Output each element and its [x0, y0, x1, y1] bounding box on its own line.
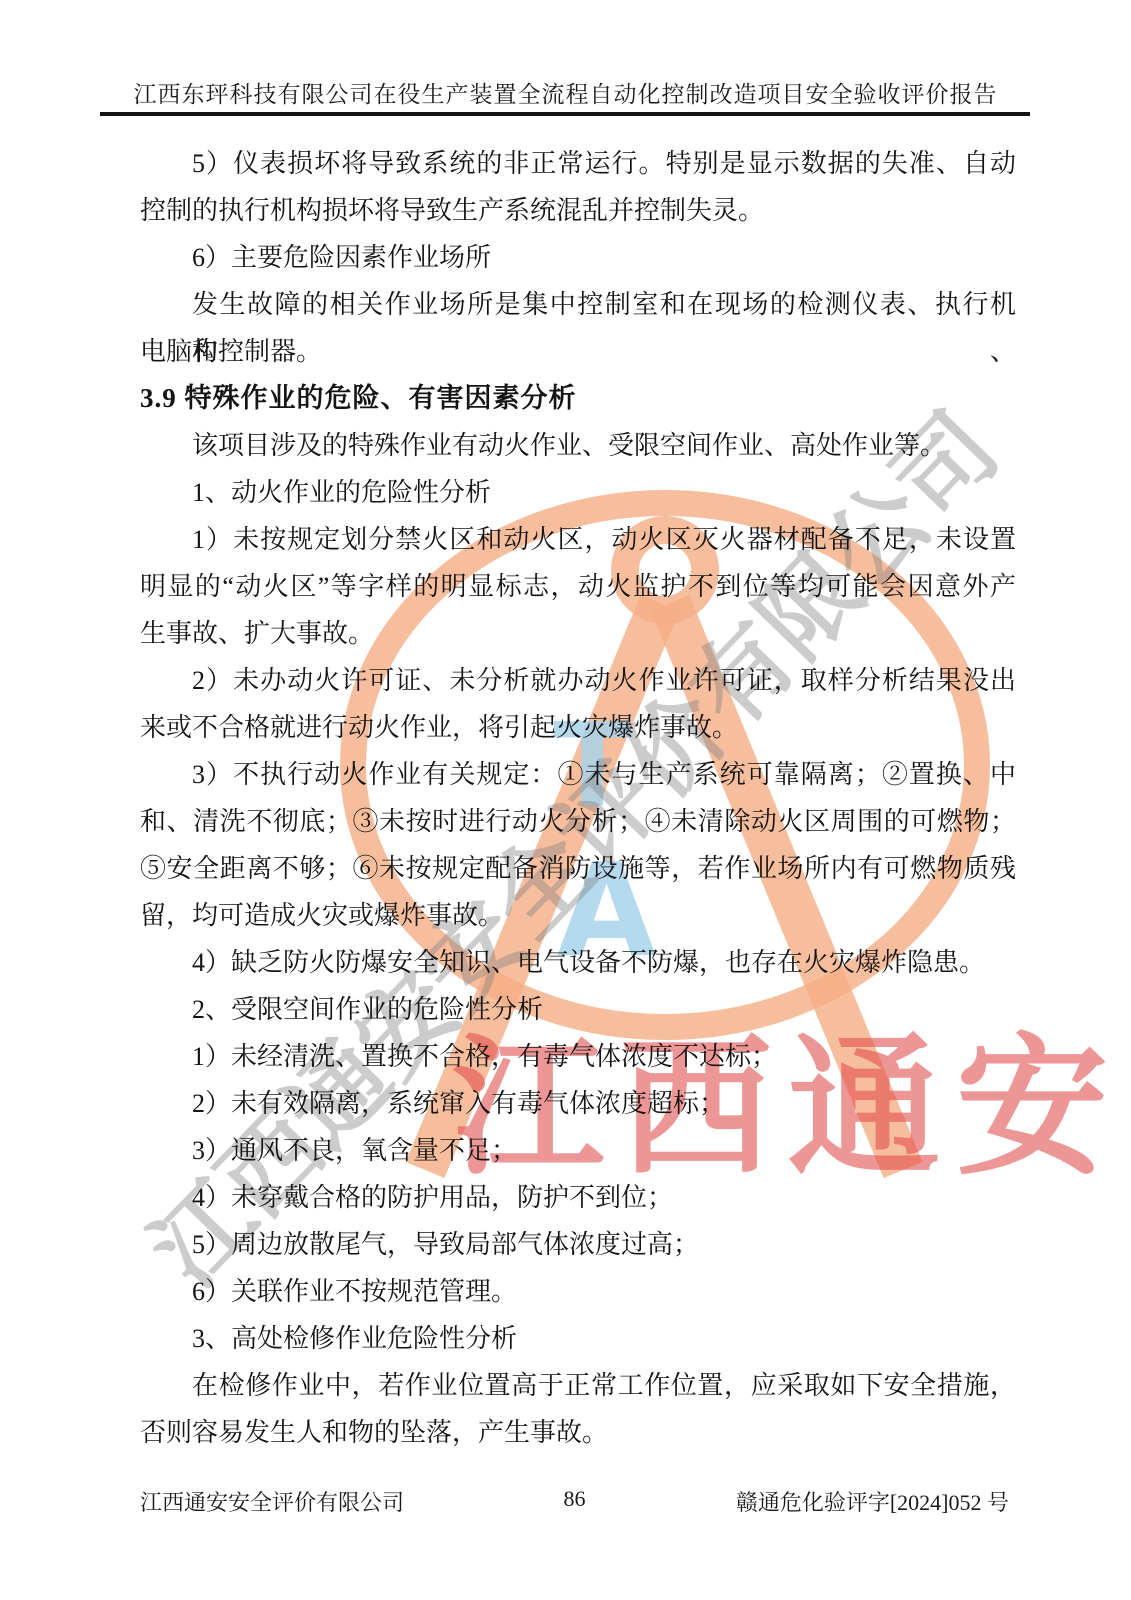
- body-line: 4）缺乏防火防爆安全知识、电气设备不防爆，也存在火灾爆炸隐患。: [140, 939, 1016, 986]
- body-line: 留，均可造成火灾或爆炸事故。: [140, 892, 1016, 939]
- body-line: ⑤安全距离不够；⑥未按规定配备消防设施等，若作业场所内有可燃物质残: [140, 845, 1016, 892]
- body-line: 在检修作业中，若作业位置高于正常工作位置，应采取如下安全措施，: [140, 1362, 1016, 1409]
- body-line: 1）未经清洗、置换不合格，有毒气体浓度不达标；: [140, 1033, 1016, 1080]
- body-line: 明显的“动火区”等字样的明显标志，动火监护不到位等均可能会因意外产: [140, 563, 1016, 610]
- body-line: 4）未穿戴合格的防护用品，防护不到位；: [140, 1174, 1016, 1221]
- body-line: 3）通风不良，氧含量不足；: [140, 1127, 1016, 1174]
- body-line: 1、动火作业的危险性分析: [140, 469, 1016, 516]
- body-text: 5）仪表损坏将导致系统的非正常运行。特别是显示数据的失准、自动控制的执行机构损坏…: [140, 140, 1016, 1456]
- footer-doc-number: 赣通危化验评字[2024]052 号: [736, 1486, 1009, 1517]
- section-heading: 3.9 特殊作业的危险、有害因素分析: [140, 375, 1016, 422]
- page-header-title: 江西东玶科技有限公司在役生产装置全流程自动化控制改造项目安全验收评价报告: [0, 76, 1131, 109]
- document-page: T A 江西通安安全评价有限公司 江西通安 江西东玶科技有限公司在役生产装置全流…: [0, 0, 1131, 1600]
- body-line: 2）未办动火许可证、未分析就办动火作业许可证，取样分析结果没出: [140, 657, 1016, 704]
- body-line: 否则容易发生人和物的坠落，产生事故。: [140, 1409, 1016, 1456]
- body-line: 1）未按规定划分禁火区和动火区，动火区灭火器材配备不足，未设置: [140, 516, 1016, 563]
- body-line: 发生故障的相关作业场所是集中控制室和在现场的检测仪表、执行机构、: [140, 281, 1016, 328]
- body-line: 5）周边放散尾气，导致局部气体浓度过高；: [140, 1221, 1016, 1268]
- body-line: 6）关联作业不按规范管理。: [140, 1268, 1016, 1315]
- body-line: 3、高处检修作业危险性分析: [140, 1315, 1016, 1362]
- body-line: 该项目涉及的特殊作业有动火作业、受限空间作业、高处作业等。: [140, 422, 1016, 469]
- body-line: 来或不合格就进行动火作业，将引起火灾爆炸事故。: [140, 704, 1016, 751]
- body-line: 控制的执行机构损坏将导致生产系统混乱并控制失灵。: [140, 187, 1016, 234]
- body-line: 2）未有效隔离，系统窜入有毒气体浓度超标；: [140, 1080, 1016, 1127]
- page-footer: 江西通安安全评价有限公司 86 赣通危化验评字[2024]052 号: [140, 1486, 1009, 1516]
- body-line: 生事故、扩大事故。: [140, 610, 1016, 657]
- body-line: 6）主要危险因素作业场所: [140, 234, 1016, 281]
- header-rule: [100, 112, 1030, 116]
- body-line: 3）不执行动火作业有关规定：①未与生产系统可靠隔离；②置换、中: [140, 751, 1016, 798]
- body-line: 和、清洗不彻底；③未按时进行动火分析；④未清除动火区周围的可燃物；: [140, 798, 1016, 845]
- body-line: 2、受限空间作业的危险性分析: [140, 986, 1016, 1033]
- body-line: 5）仪表损坏将导致系统的非正常运行。特别是显示数据的失准、自动: [140, 140, 1016, 187]
